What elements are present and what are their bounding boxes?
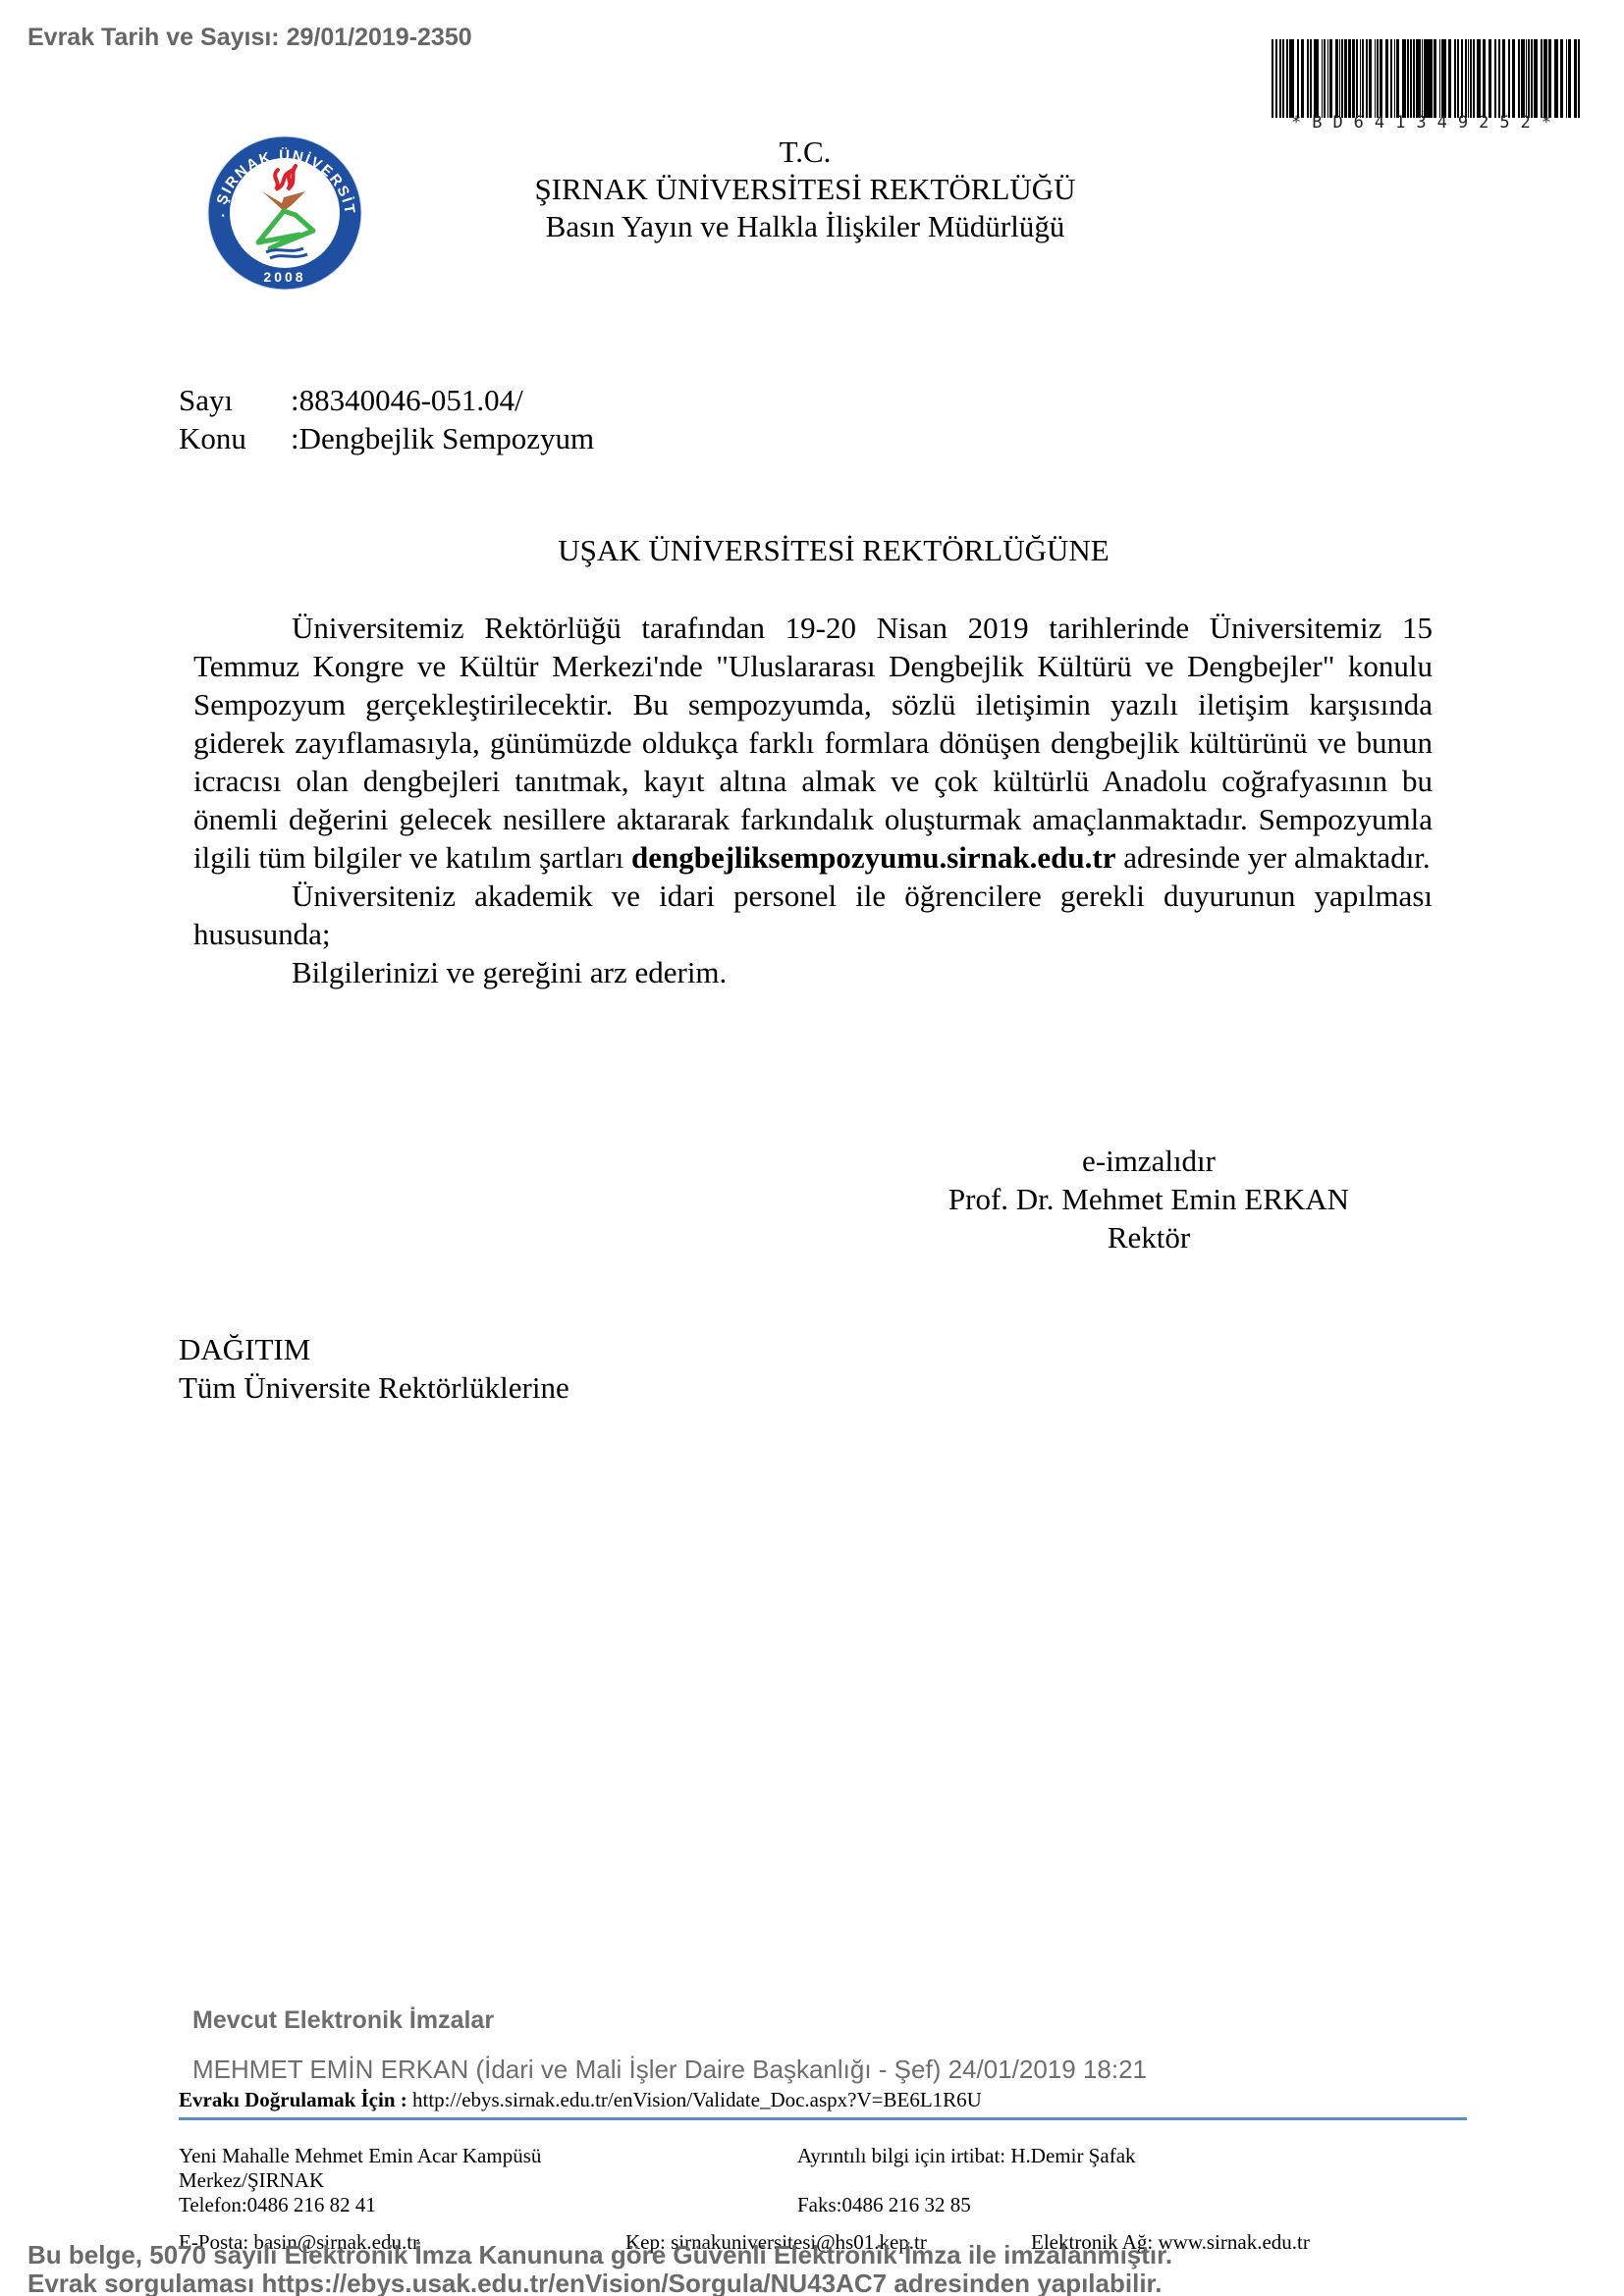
meta-row-sayi: Sayı :88340046-051.04/	[179, 381, 594, 419]
sayi-value: :88340046-051.04/	[291, 381, 523, 419]
body-closing: Bilgilerinizi ve gereğini arz ederim.	[193, 953, 1433, 991]
signatory-title: Rektör	[864, 1218, 1434, 1256]
letter-body: Üniversitemiz Rektörlüğü tarafından 19-2…	[193, 609, 1433, 991]
address-line-2: Merkez/ŞIRNAK	[179, 2168, 541, 2193]
sayi-label: Sayı	[179, 381, 291, 419]
body-paragraph-1: Üniversitemiz Rektörlüğü tarafından 19-2…	[193, 609, 1433, 877]
distribution-heading: DAĞITIM	[179, 1330, 569, 1368]
signatory-name: Prof. Dr. Mehmet Emin ERKAN	[864, 1180, 1434, 1218]
org-line-department: Basın Yayın ve Halkla İlişkiler Müdürlüğ…	[412, 208, 1198, 245]
meta-row-konu: Konu :Dengbejlik Sempozyum	[179, 419, 594, 457]
paragraph-1-tail: adresinde yer almaktadır.	[1115, 840, 1430, 875]
validation-line: Evrakı Doğrulamak İçin : http://ebys.sir…	[179, 2088, 982, 2112]
paragraph-1-text: Üniversitemiz Rektörlüğü tarafından 19-2…	[193, 611, 1433, 875]
konu-value: :Dengbejlik Sempozyum	[291, 419, 594, 457]
contact-person: Ayrıntılı bilgi için irtibat: H.Demir Şa…	[797, 2144, 1136, 2168]
validation-url-link[interactable]: http://ebys.sirnak.edu.tr/enVision/Valid…	[407, 2088, 982, 2111]
distribution-recipients: Tüm Üniversite Rektörlüklerine	[179, 1368, 569, 1407]
footer-address: Yeni Mahalle Mehmet Emin Acar Kampüsü Me…	[179, 2144, 541, 2217]
legal-note: Bu belge, 5070 sayılı Elektronik İmza Ka…	[27, 2241, 1172, 2296]
document-meta: Sayı :88340046-051.04/ Konu :Dengbejlik …	[179, 381, 594, 457]
body-paragraph-2: Üniversiteniz akademik ve idari personel…	[193, 877, 1433, 953]
legal-note-line-1: Bu belge, 5070 sayılı Elektronik İmza Ka…	[27, 2241, 1172, 2269]
organization-header: T.C. ŞIRNAK ÜNİVERSİTESİ REKTÖRLÜĞÜ Bası…	[412, 133, 1198, 245]
logo-year: 2008	[263, 269, 305, 285]
electronic-signatures-title: Mevcut Elektronik İmzalar	[192, 2006, 494, 2035]
legal-note-line-2: Evrak sorgulaması https://ebys.usak.edu.…	[27, 2269, 1172, 2296]
footer-divider	[179, 2117, 1467, 2120]
phone-number: Telefon:0486 216 82 41	[179, 2193, 541, 2217]
fax-number: Faks:0486 216 32 85	[797, 2193, 1136, 2217]
barcode-icon	[1270, 39, 1584, 118]
recipient-heading: UŞAK ÜNİVERSİTESİ REKTÖRLÜĞÜNE	[179, 533, 1430, 568]
university-logo-icon: T.C. ŞIRNAK ÜNİVERSİTESİ 2008	[201, 133, 368, 294]
org-line-university: ŞIRNAK ÜNİVERSİTESİ REKTÖRLÜĞÜ	[412, 171, 1198, 208]
e-signed-status: e-imzalıdır	[864, 1142, 1434, 1180]
org-line-tc: T.C.	[412, 133, 1198, 171]
distribution-block: DAĞITIM Tüm Üniversite Rektörlüklerine	[179, 1330, 569, 1407]
barcode-text: *BD641349252*	[1270, 113, 1584, 133]
footer-contact: Ayrıntılı bilgi için irtibat: H.Demir Şa…	[797, 2144, 1136, 2217]
signature-block: e-imzalıdır Prof. Dr. Mehmet Emin ERKAN …	[864, 1142, 1434, 1256]
electronic-signature-entry: MEHMET EMİN ERKAN (İdari ve Mali İşler D…	[192, 2055, 1147, 2085]
konu-label: Konu	[179, 419, 291, 457]
document-date-number: Evrak Tarih ve Sayısı: 29/01/2019-2350	[27, 24, 472, 52]
address-line-1: Yeni Mahalle Mehmet Emin Acar Kampüsü	[179, 2144, 541, 2168]
symposium-website-link[interactable]: dengbejliksempozyumu.sirnak.edu.tr	[631, 840, 1115, 875]
validation-label: Evrakı Doğrulamak İçin :	[179, 2088, 407, 2111]
